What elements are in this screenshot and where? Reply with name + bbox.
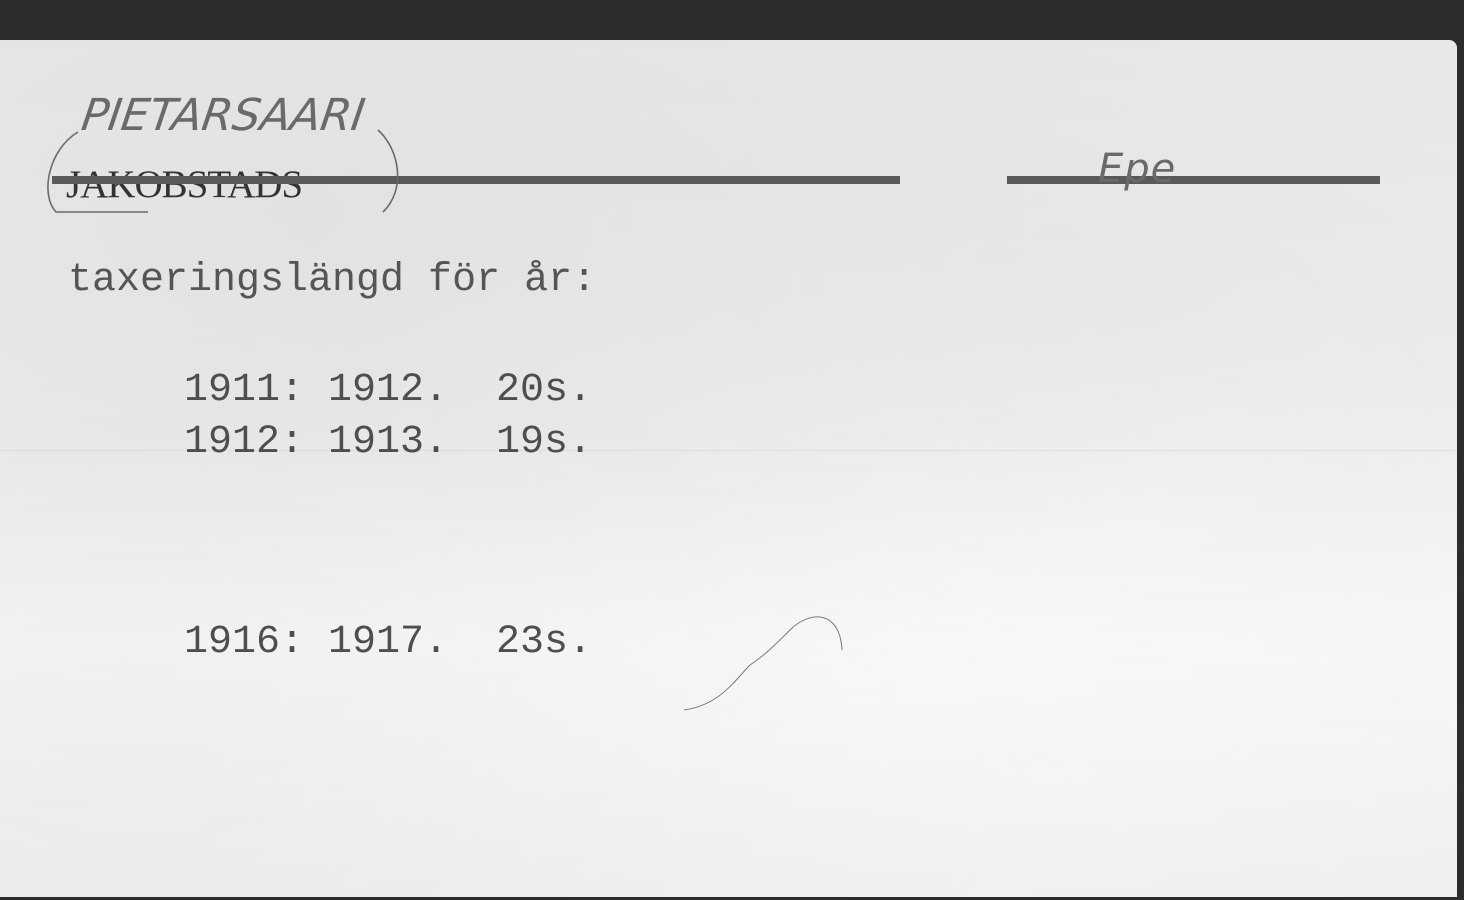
scanned-card-image: PIETARSAARI JAKOBSTADS Epe taxeringsläng… xyxy=(0,0,1464,900)
pencil-bracket-mark xyxy=(38,80,418,220)
index-card: PIETARSAARI JAKOBSTADS Epe taxeringsläng… xyxy=(0,40,1457,897)
heading-rule-right xyxy=(1007,176,1380,184)
stray-hair-mark xyxy=(680,600,860,720)
card-subtitle: taxeringslängd för år: xyxy=(68,258,596,303)
entry-line: 1911: 1912. 20s. xyxy=(184,368,592,413)
archive-code: Epe xyxy=(1098,146,1176,192)
entry-line: 1916: 1917. 23s. xyxy=(184,620,592,665)
entry-line: 1912: 1913. 19s. xyxy=(184,420,592,465)
